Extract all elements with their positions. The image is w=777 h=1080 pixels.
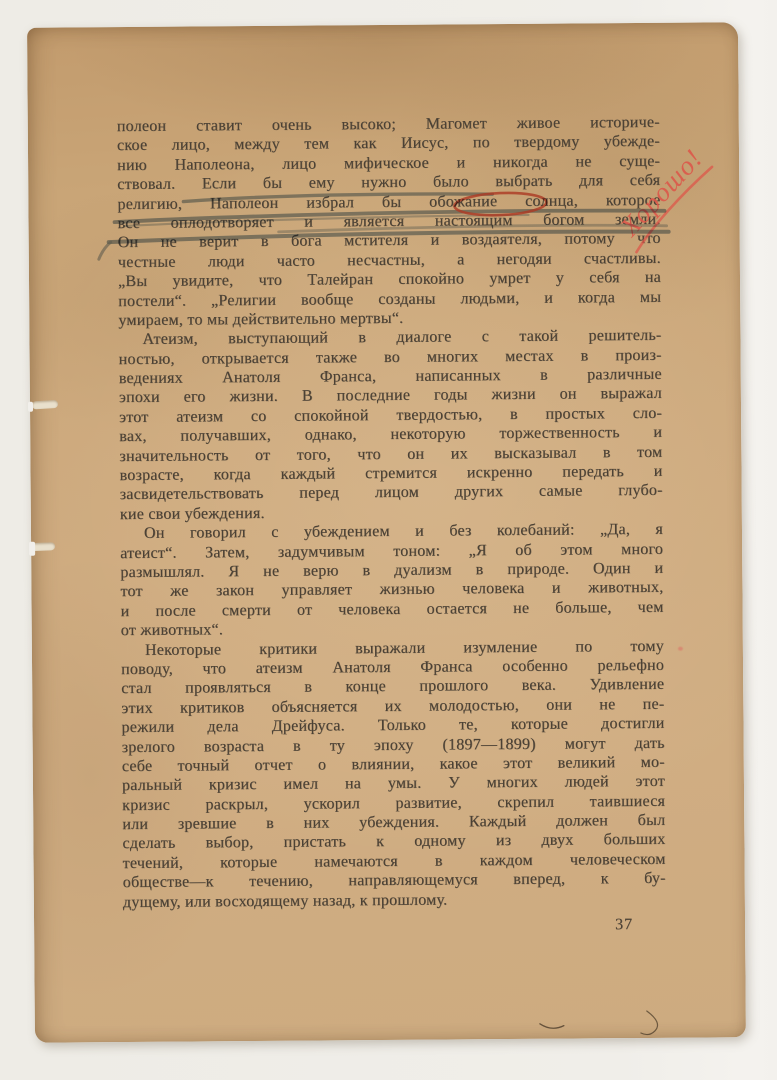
binding-notch	[32, 400, 58, 410]
scanner-background: полеон ставит очень высоко; Магомет живо…	[0, 0, 777, 1080]
page-text: полеон ставит очень высоко; Магомет живо…	[117, 113, 666, 912]
blue-underline-tail	[99, 242, 111, 259]
paper-tear	[28, 402, 33, 412]
fibre-mark	[641, 1011, 658, 1035]
paper-tear	[29, 542, 35, 556]
fibre-mark	[540, 1024, 564, 1029]
red-speck	[678, 647, 683, 651]
book-page: полеон ставит очень высоко; Магомет живо…	[27, 22, 746, 1043]
page-number: 37	[615, 916, 659, 934]
text-line: дущему, или восходящему назад, к прошлом…	[123, 888, 666, 912]
